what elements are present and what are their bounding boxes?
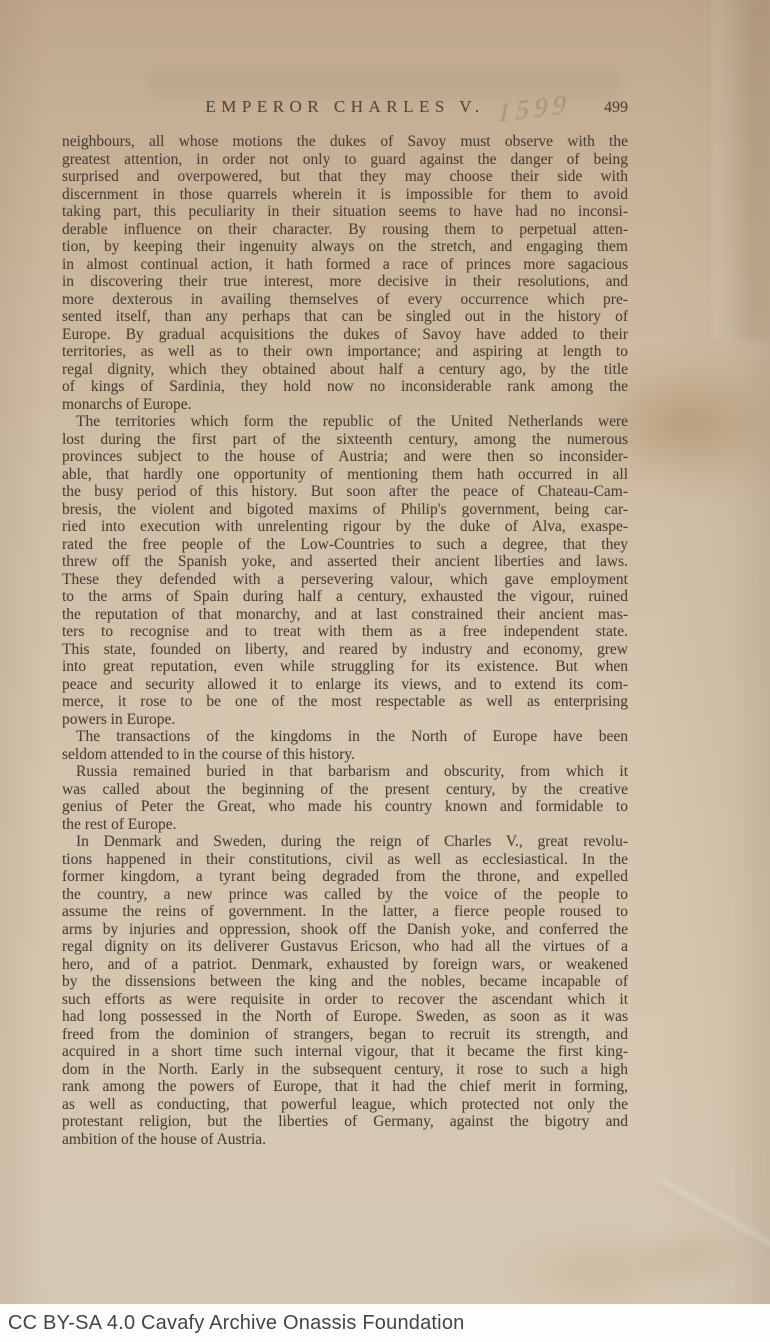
paragraph-lines: In Denmark and Sweden, during the reign …	[62, 833, 628, 1131]
paragraph: The territories which form the republic …	[62, 413, 628, 728]
license-text: CC BY-SA 4.0 Cavafy Archive Onassis Foun…	[0, 1312, 464, 1335]
paragraph-lines: neighbours, all whose motions the dukes …	[62, 133, 628, 396]
paragraph: neighbours, all whose motions the dukes …	[62, 133, 628, 413]
paper-stain	[618, 368, 768, 478]
paragraph-last-line: monarchs of Europe.	[62, 396, 628, 414]
page-crease-bottom	[652, 1176, 770, 1295]
page-crease-right	[712, 0, 770, 340]
page-number: 499	[604, 99, 628, 117]
paragraph: In Denmark and Sweden, during the reign …	[62, 833, 628, 1148]
book-page-scan: EMPEROR CHARLES V. 1599 499 neighbours, …	[0, 0, 770, 1342]
paragraph-last-line: the rest of Europe.	[62, 816, 628, 834]
body-text-block: neighbours, all whose motions the dukes …	[62, 133, 628, 1148]
paragraph-lines: The transactions of the kingdoms in the …	[62, 728, 628, 746]
paragraph: The transactions of the kingdoms in the …	[62, 728, 628, 763]
paragraph-last-line: powers in Europe.	[62, 711, 628, 729]
paragraph: Russia remained buried in that barbarism…	[62, 763, 628, 833]
paragraph-lines: Russia remained buried in that barbarism…	[62, 763, 628, 816]
license-bar: CC BY-SA 4.0 Cavafy Archive Onassis Foun…	[0, 1304, 770, 1342]
paragraph-last-line: ambition of the house of Austria.	[62, 1131, 628, 1149]
paragraph-last-line: seldom attended to in the course of this…	[62, 746, 628, 764]
paragraph-lines: The territories which form the republic …	[62, 413, 628, 711]
